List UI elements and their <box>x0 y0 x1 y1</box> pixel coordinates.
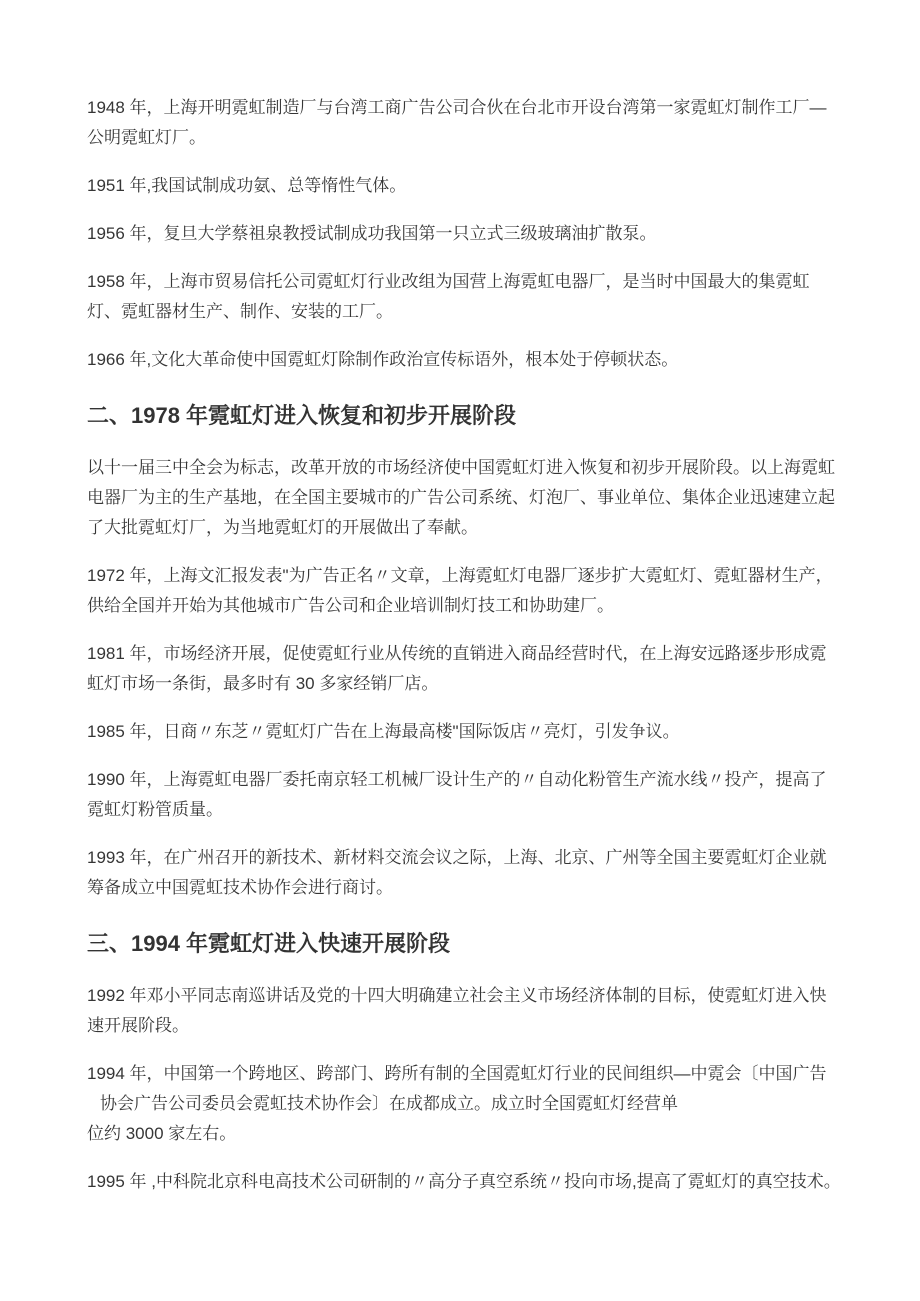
paragraph-1958: 1958 年，上海市贸易信托公司霓虹灯行业改组为国营上海霓虹电器厂，是当时中国最… <box>87 267 843 327</box>
paragraph-1951: 1951 年,我国试制成功氨、总等惰性气体。 <box>87 171 843 201</box>
section-heading-stage-2: 二、1978 年霓虹灯进入恢复和初步开展阶段 <box>87 400 843 432</box>
paragraph-1981: 1981 年，市场经济开展，促使霓虹行业从传统的直销进入商品经营时代，在上海安远… <box>87 639 843 699</box>
paragraph-1994-line-2: 协会广告公司委员会霓虹技术协作会〕在成都成立。成立时全国霓虹灯经营单 <box>87 1089 843 1119</box>
paragraph-1972: 1972 年，上海文汇报发表"为广告正名〃文章，上海霓虹灯电器厂逐步扩大霓虹灯、… <box>87 561 843 621</box>
paragraph-1990: 1990 年，上海霓虹电器厂委托南京轻工机械厂设计生产的〃自动化粉管生产流水线〃… <box>87 765 843 825</box>
paragraph-1956: 1956 年，复旦大学蔡祖泉教授试制成功我国第一只立式三级玻璃油扩散泵。 <box>87 219 843 249</box>
paragraph-1995: 1995 年 ,中科院北京科电高技术公司研制的〃高分子真空系统〃投向市场,提高了… <box>87 1167 843 1197</box>
section-heading-stage-3: 三、1994 年霓虹灯进入快速开展阶段 <box>87 928 843 960</box>
paragraph-1994: 1994 年，中国第一个跨地区、跨部门、跨所有制的全国霓虹灯行业的民间组织—中霓… <box>87 1059 843 1149</box>
paragraph-1994-line-1: 1994 年，中国第一个跨地区、跨部门、跨所有制的全国霓虹灯行业的民间组织—中霓… <box>87 1059 843 1089</box>
document-content: 1948 年，上海开明霓虹制造厂与台湾工商广告公司合伙在台北市开设台湾第一家霓虹… <box>0 0 920 1255</box>
paragraph-1993: 1993 年，在广州召开的新技术、新材料交流会议之际，上海、北京、广州等全国主要… <box>87 843 843 903</box>
paragraph-1992: 1992 年邓小平同志南巡讲话及党的十四大明确建立社会主义市场经济体制的目标，使… <box>87 981 843 1041</box>
paragraph-third-plenary: 以十一届三中全会为标志，改革开放的市场经济使中国霓虹灯进入恢复和初步开展阶段。以… <box>87 453 843 543</box>
paragraph-1948: 1948 年，上海开明霓虹制造厂与台湾工商广告公司合伙在台北市开设台湾第一家霓虹… <box>87 93 843 153</box>
paragraph-1994-line-3: 位约 3000 家左右。 <box>87 1119 843 1149</box>
paragraph-1985: 1985 年，日商〃东芝〃霓虹灯广告在上海最高楼"国际饭店〃亮灯，引发争议。 <box>87 717 843 747</box>
paragraph-1966: 1966 年,文化大革命使中国霓虹灯除制作政治宣传标语外，根本处于停顿状态。 <box>87 345 843 375</box>
document-page: 1948 年，上海开明霓虹制造厂与台湾工商广告公司合伙在台北市开设台湾第一家霓虹… <box>0 0 920 1301</box>
